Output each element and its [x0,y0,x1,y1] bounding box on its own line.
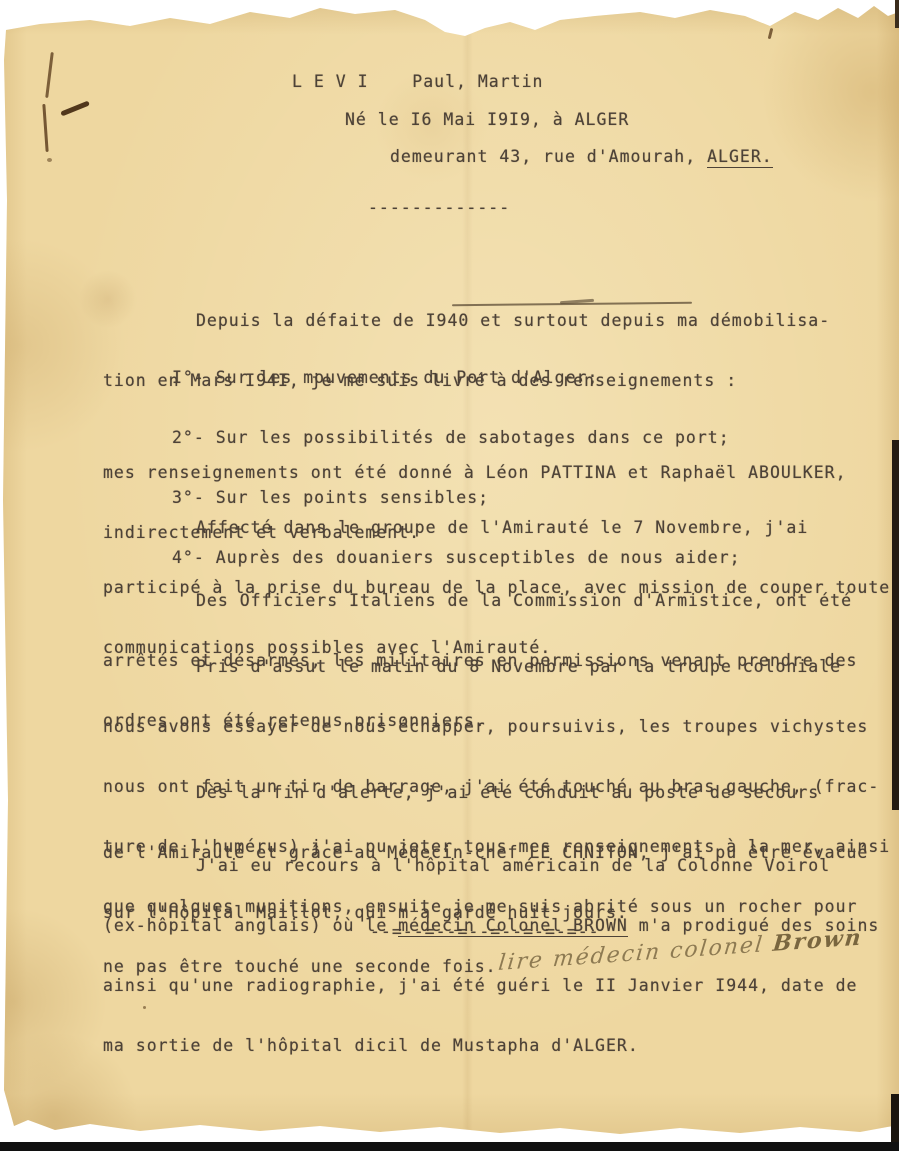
scan-edge-artifact [892,440,899,810]
typed-line: ma sortie de l'hôpital dicil de Mustapha… [103,1036,879,1056]
closing-separator: --=--=--=--=--=-=-=-- [370,922,600,942]
address-prefix: demeurant 43, rue d'Amourah, [390,147,707,166]
ink-mark [47,158,52,162]
typed-line: Dès la fin d'alerte, j'ai été conduit au… [103,783,868,803]
scan-edge-artifact [0,1142,899,1151]
typed-line: ainsi qu'une radiographie, j'ai été guér… [103,976,879,996]
line-prefix: (ex-hôpital anglais) où le [103,916,398,935]
typed-line: Pris d'assut le matin du 8 Novembre par … [103,657,890,677]
header-name-line: L E V I Paul, Martin [292,72,543,92]
header-address-line: demeurant 43, rue d'Amourah, ALGER. [390,147,773,167]
scan-edge-artifact [891,1094,899,1142]
typed-line: Des Officiers Italiens de la Commission … [103,591,857,611]
scan-edge-artifact [895,0,899,28]
address-city-underlined: ALGER. [707,147,773,168]
header-separator: ------------- [368,198,510,218]
header-birth-line: Né le I6 Mai I9I9, à ALGER [345,110,629,130]
typed-line: nous avons essayer de nous échapper, pou… [103,717,890,737]
list-item: I°- Sur les mouvements du Port d'Alger; [172,368,741,388]
typed-line: Affecté dans le groupe de l'Amirauté le … [103,518,890,538]
typed-line: J'ai eu recours à l'hôpital américain de… [103,856,879,876]
scanned-document: L E V I Paul, Martin Né le I6 Mai I9I9, … [0,0,899,1151]
